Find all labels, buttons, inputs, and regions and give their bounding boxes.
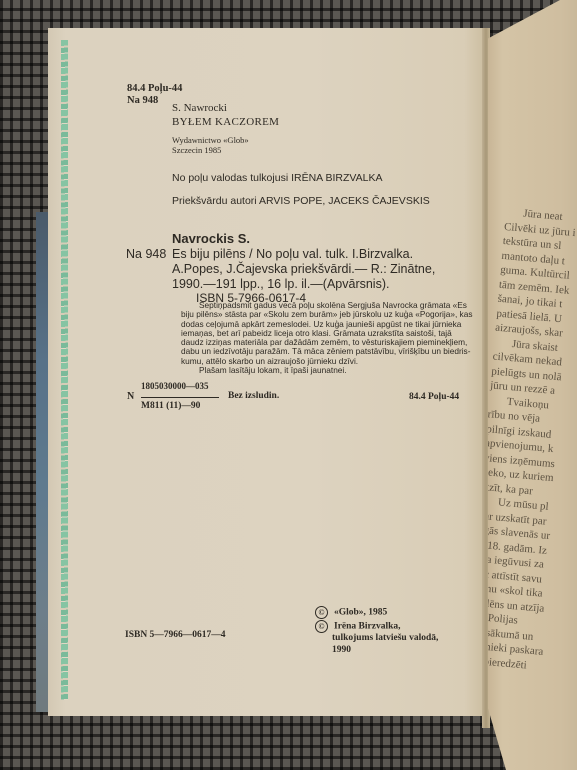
translator-line: No poļu valodas tulkojusi IRĒNA BIRZVALK… <box>172 172 383 184</box>
original-title: BYŁEM KACZOREM <box>172 116 279 128</box>
original-author: S. Nawrocki <box>172 102 227 114</box>
original-place-year: Szczecin 1985 <box>172 145 221 155</box>
synopsis-line: Plašam lasītāju lokam, it īpaši jaunatne… <box>181 366 493 375</box>
green-binding-stripe <box>61 40 68 700</box>
synopsis: Septiņpadsmit gadus vecā poļu skolēna Se… <box>181 301 493 375</box>
pricing-note: Bez izsludin. <box>228 391 279 401</box>
pricing-fraction-line <box>141 397 219 398</box>
pricing-denominator: M811 (11)—90 <box>141 401 200 411</box>
card-line-2: A.Popes, J.Čajevska priekšvārdi.— R.: Zi… <box>172 262 435 276</box>
original-publisher: Wydawnictwo «Glob» <box>172 135 249 145</box>
copyright-translator-line-3: 1990 <box>332 645 351 655</box>
card-line-1: Es biju pilēns / No poļu val. tulk. I.Bi… <box>172 247 413 261</box>
shelf-code-top: Na 948 <box>127 95 158 106</box>
copyright-translator: ©Irēna Birzvalka, <box>315 620 401 633</box>
pricing-class-code: 84.4 Poļu-44 <box>409 392 459 402</box>
copyright-icon: © <box>315 606 328 619</box>
pricing-numerator: 1805030000—035 <box>141 381 209 391</box>
right-page: Jūra neatCilvēki uz jūru itekstūra un sl… <box>488 0 577 770</box>
copyright-translator-line-2: tulkojums latviešu valodā, <box>332 633 438 643</box>
class-code-top: 84.4 Poļu-44 <box>127 83 182 94</box>
copyright-glob: ©«Glob», 1985 <box>315 606 387 619</box>
copyright-icon: © <box>315 620 328 633</box>
footer-isbn: ISBN 5—7966—0617—4 <box>125 630 226 640</box>
card-line-3: 1990.—191 lpp., 16 lp. il.—(Apvārsnis). <box>172 277 389 291</box>
pricing-prefix: N <box>127 391 134 402</box>
card-shelf-code: Na 948 <box>126 247 166 261</box>
foreword-line: Priekšvārdu autori ARVIS POPE, JACEKS ČA… <box>172 195 430 207</box>
card-author-heading: Navrockis S. <box>172 231 250 246</box>
